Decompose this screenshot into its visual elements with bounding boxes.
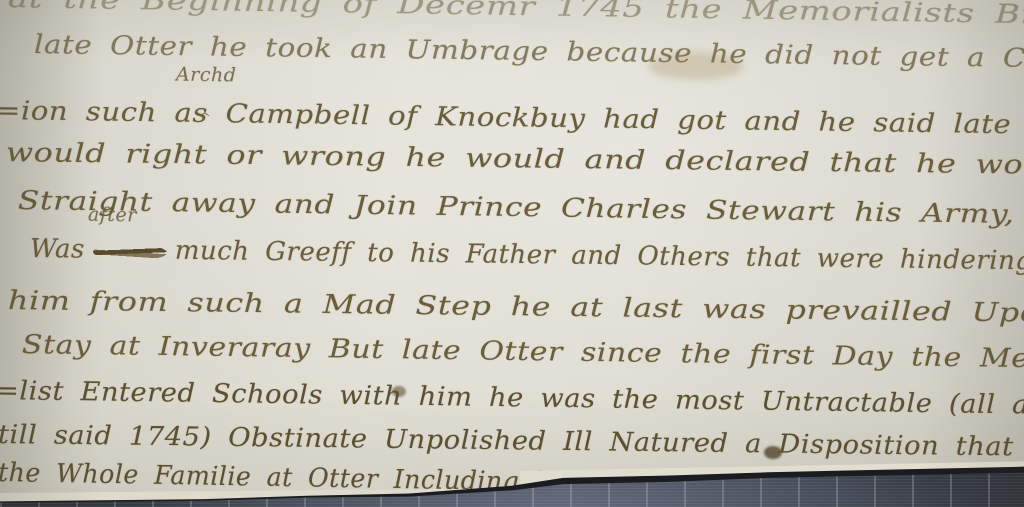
strikethrough-scribble [93, 245, 167, 260]
manuscript-photo: at the Beginning of Decemr 1745 the Memo… [0, 0, 1024, 507]
manuscript-line-10: till said 1745) Obstinate Unpolished Ill… [0, 418, 1014, 464]
manuscript-line-6-rest: much Greeff to his Father and Others tha… [175, 236, 1024, 276]
manuscript-line-9: =list Entered Schools with him he was th… [0, 374, 1024, 423]
manuscript-line-6: Wasmuch Greeff to his Father and Others … [30, 232, 1024, 278]
manuscript-line-4: would right or wrong he would and declar… [6, 136, 1024, 184]
manuscript-line-5: Straight away and Join Prince Charles St… [18, 184, 1024, 233]
manuscript-line-7: him from such a Mad Step he at last was … [8, 284, 1024, 331]
manuscript-line-8: Stay at Inveraray But late Otter since t… [22, 328, 1024, 377]
manuscript-line-3: =ion such as Campbell of Knockbuy had go… [0, 94, 1024, 144]
insertion-after: after [88, 204, 137, 227]
manuscript-line-6-prefix: Was [30, 234, 85, 265]
insertion-archd: Archd [176, 63, 237, 86]
manuscript-line-1: at the Beginning of Decemr 1745 the Memo… [8, 0, 1024, 33]
